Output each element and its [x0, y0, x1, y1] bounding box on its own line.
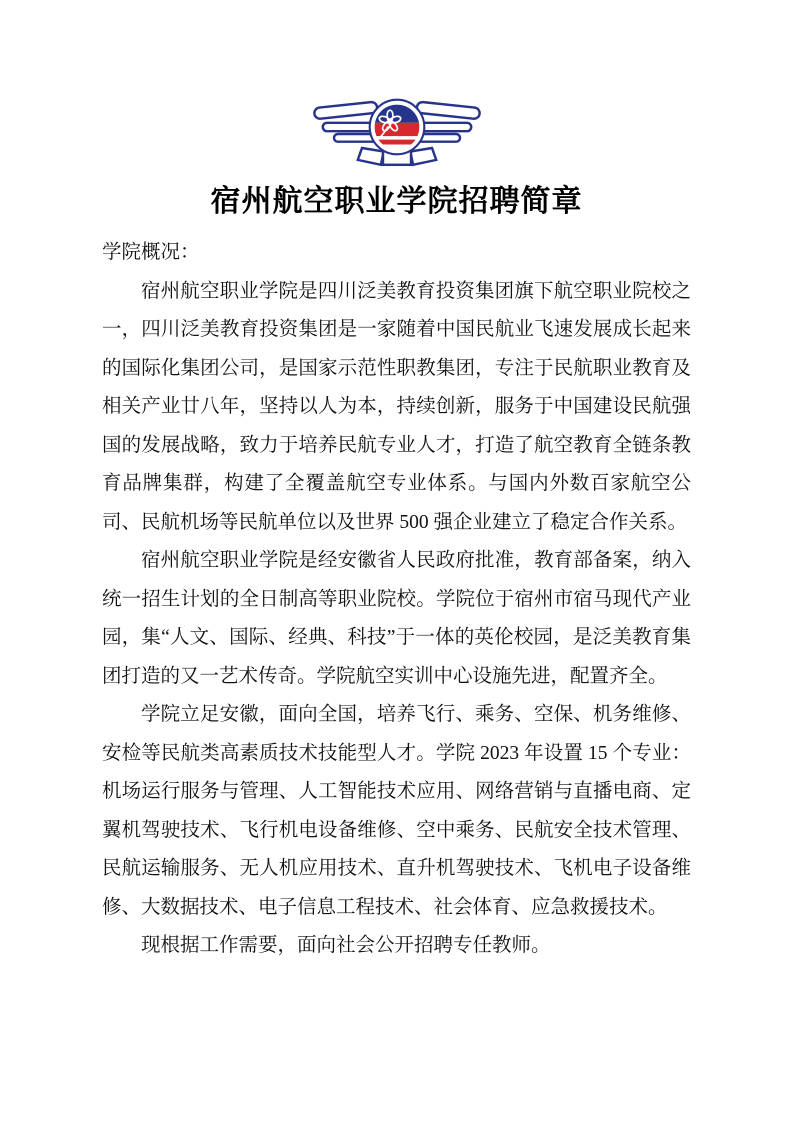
paragraph: 宿州航空职业学院是四川泛美教育投资集团旗下航空职业院校之一，四川泛美教育投资集团… — [102, 273, 691, 543]
section-heading: 学院概况： — [102, 234, 691, 273]
document-page: 宿州航空职业学院招聘简章 学院概况： 宿州航空职业学院是四川泛美教育投资集团旗下… — [0, 0, 793, 1122]
college-logo — [102, 0, 691, 170]
document-body: 学院概况： 宿州航空职业学院是四川泛美教育投资集团旗下航空职业院校之一，四川泛美… — [102, 234, 691, 966]
page-title: 宿州航空职业学院招聘简章 — [102, 182, 691, 222]
paragraph: 学院立足安徽，面向全国，培养飞行、乘务、空保、机务维修、安检等民航类高素质技术技… — [102, 696, 691, 927]
paragraph: 宿州航空职业学院是经安徽省人民政府批准，教育部备案，纳入统一招生计划的全日制高等… — [102, 542, 691, 696]
paragraph: 现根据工作需要，面向社会公开招聘专任教师。 — [102, 927, 691, 966]
wing-emblem-icon — [313, 98, 481, 170]
